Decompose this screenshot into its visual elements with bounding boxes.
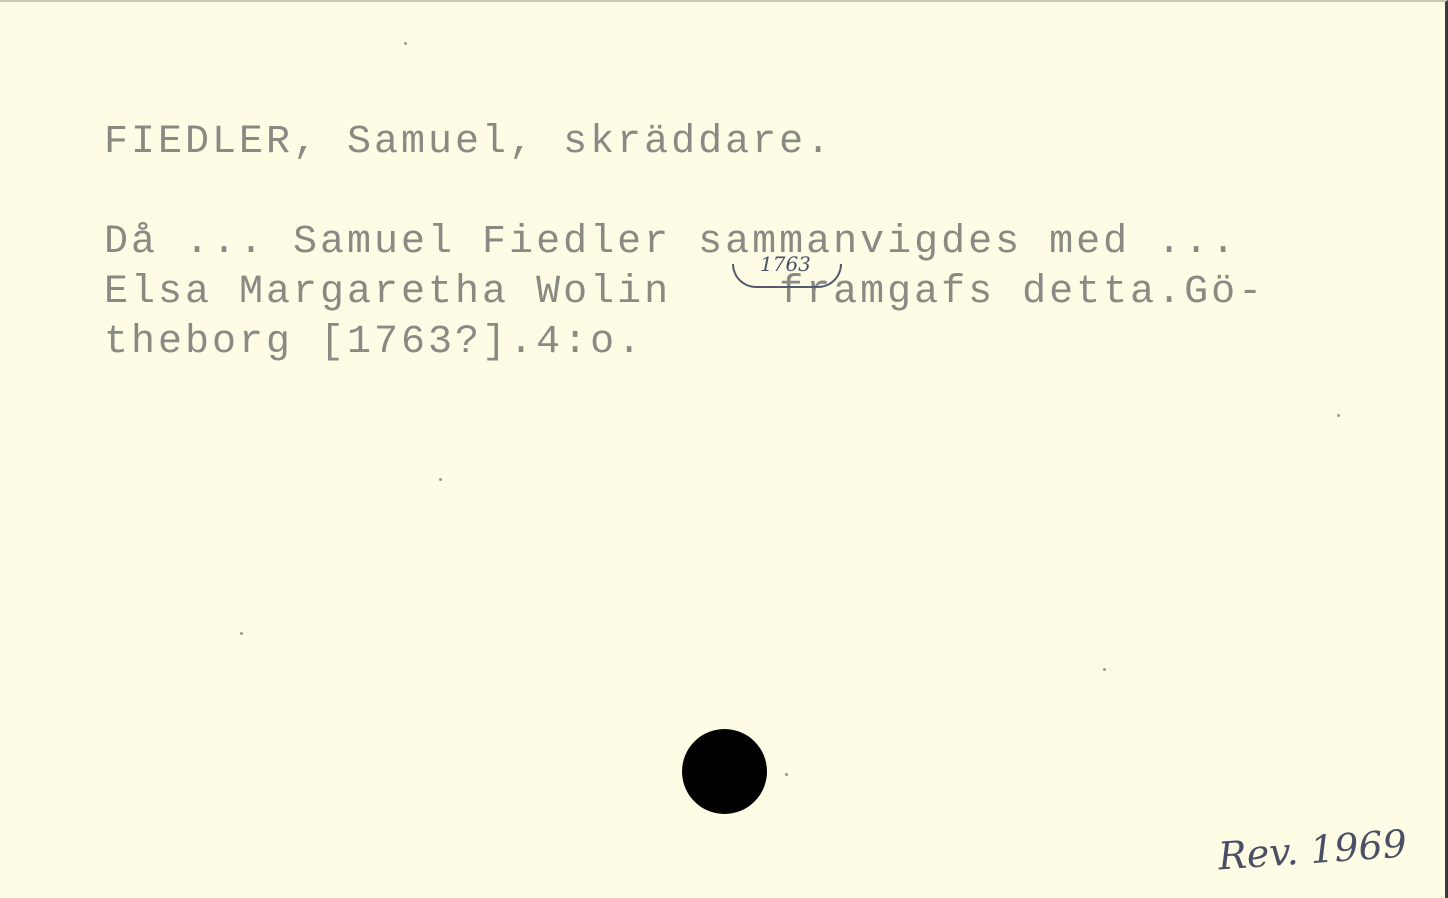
paper-speck bbox=[439, 478, 442, 481]
punch-hole bbox=[682, 729, 767, 814]
handwritten-revision-note: Rev. 1969 bbox=[1217, 821, 1409, 878]
paper-speck bbox=[1337, 414, 1340, 417]
catalog-card: FIEDLER, Samuel, skräddare. Då ... Samue… bbox=[0, 0, 1448, 898]
paper-speck bbox=[1103, 668, 1106, 671]
body-line-3: theborg [1763?].4:o. bbox=[104, 320, 644, 365]
body-line-2: Elsa Margaretha Wolin framgafs detta.Gö- bbox=[104, 270, 1265, 315]
insertion-mark-icon bbox=[732, 264, 842, 288]
body-line-1: Då ... Samuel Fiedler sammanvigdes med .… bbox=[104, 220, 1238, 265]
paper-speck bbox=[240, 632, 243, 635]
paper-speck bbox=[404, 42, 407, 45]
card-heading: FIEDLER, Samuel, skräddare. bbox=[104, 120, 833, 165]
paper-speck bbox=[785, 773, 788, 776]
